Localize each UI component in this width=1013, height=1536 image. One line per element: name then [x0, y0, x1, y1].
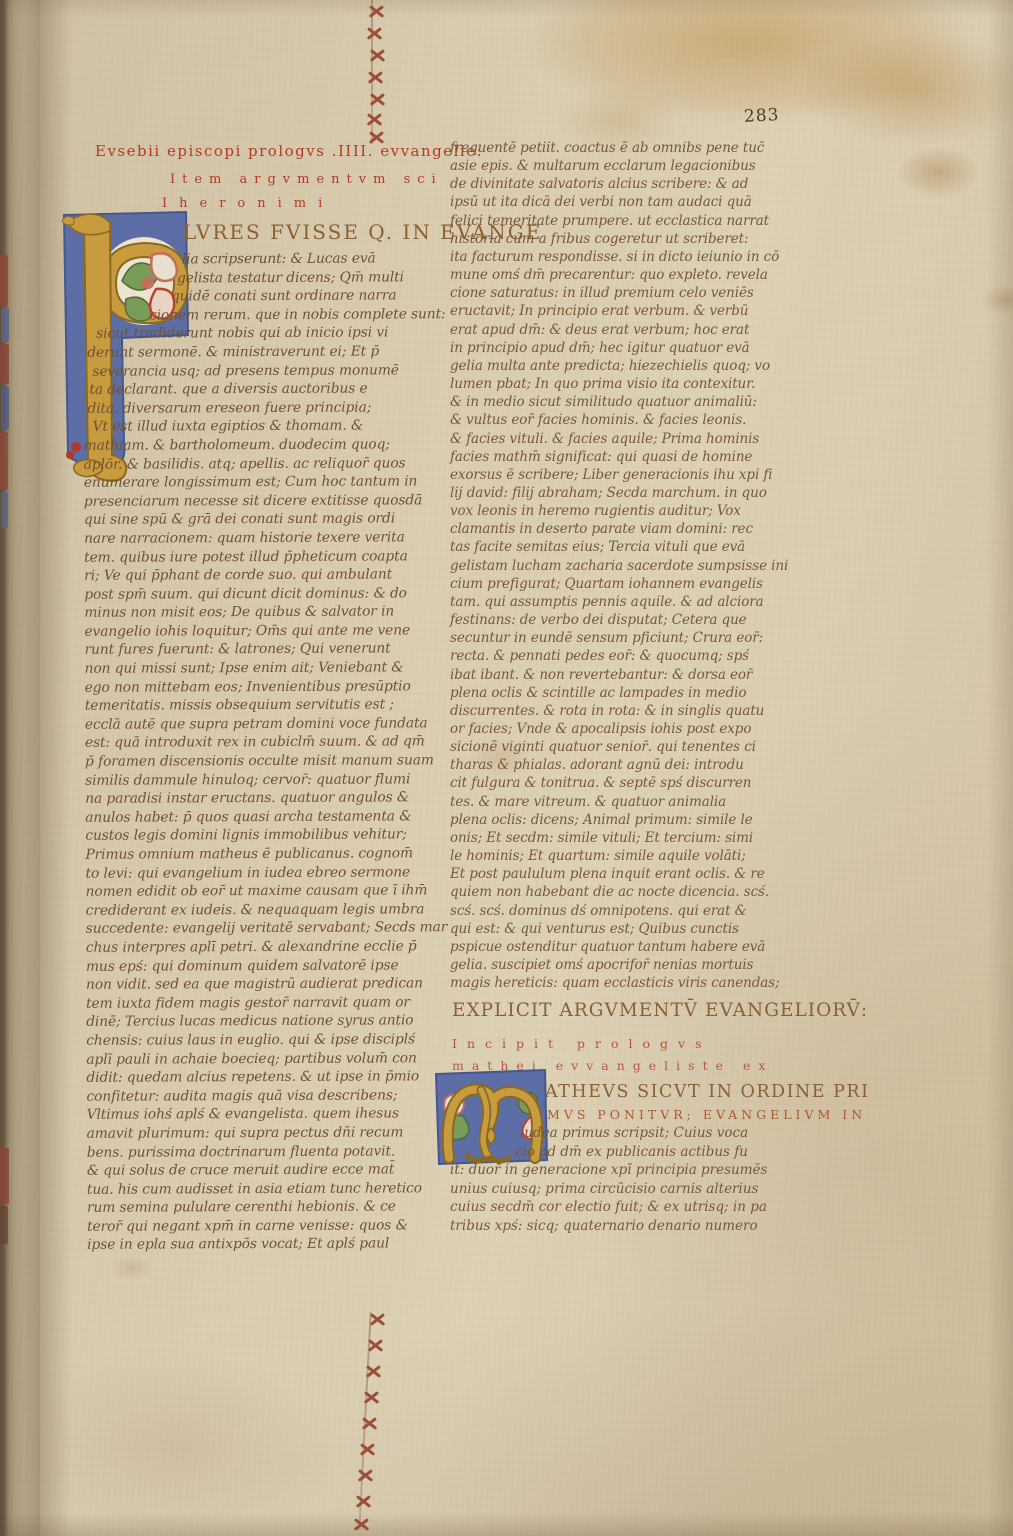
page-edge-fleck-red: [0, 1148, 9, 1204]
text-line: gelista testatur dicens; Qm̄ multi: [177, 268, 446, 288]
text-line: amavit plurimum: qui supra pectus dn̄i r…: [87, 1123, 450, 1143]
stitch-x: [368, 1312, 387, 1328]
text-line: non qui missi sunt; Ipse enim ait; Venie…: [85, 658, 448, 678]
stitch-x: [368, 48, 387, 64]
text-line: enumerare longissimum est; Cum hoc tantu…: [84, 472, 447, 492]
text-line: ipsū ut ita dicā dei verbi non tam audac…: [450, 193, 788, 211]
text-line: nare narracionem: quam historie texere v…: [84, 528, 447, 548]
text-line: qui est: & qui venturus est; Quibus cunc…: [450, 920, 788, 938]
text-line: lumen pbat; In quo prima visio ita conte…: [450, 375, 788, 393]
parchment-stitching-bottom: [350, 1312, 372, 1530]
page-edge-fleck-red: [0, 344, 9, 384]
text-line: didit: quedam alcius repetens. & ut ipse…: [86, 1067, 449, 1087]
text-line: ego non mittebam eos; Invenientibus pres…: [85, 677, 448, 697]
text-line: non vidit. sed ea que magistrū audierat …: [86, 974, 449, 994]
text-line: & vultus eor̄ facies hominis. & facies l…: [450, 411, 788, 429]
text-line: custos legis domini lignis immobilibus v…: [85, 826, 448, 846]
stitch-x: [366, 1338, 385, 1354]
text-line: sicut tradiderunt nobis qui ab inicio ip…: [96, 324, 446, 344]
text-line: Vt est illud iuxta egiptios & thomam. &: [93, 417, 447, 437]
text-line: iudea primus scripsit; Cuius voca: [520, 1124, 767, 1143]
text-line: quiem non habebant die ac nocte dicencia…: [450, 883, 788, 901]
text-line: chus interpres aplī petri. & alexandrine…: [86, 937, 449, 957]
text-line: in principio apud dm̄; hec igitur quatuo…: [450, 339, 788, 357]
text-line: dinē; Tercius lucas medicus natione syru…: [86, 1012, 449, 1032]
text-line: mus epś: qui dominum quidem salvatorē ip…: [86, 956, 449, 976]
text-line: discurrentes. & rota in rota: & in singl…: [450, 702, 788, 720]
text-line: cio ad dm̄ ex publicanis actibus fu: [515, 1143, 767, 1162]
manuscript-page: 283 Evsebii episcopi prologvs .IIII. evv…: [0, 0, 1013, 1536]
text-line: presenciarum necesse sit dicere extitiss…: [84, 491, 447, 511]
text-line: na paradisi instar eructans. quatuor ang…: [85, 788, 448, 808]
text-line: lia scripserunt: & Lucas evā: [182, 249, 446, 269]
folio-number: 283: [744, 105, 780, 127]
stitch-x: [368, 92, 387, 108]
stitch-x: [367, 4, 386, 20]
text-line: cione saturatus: in illud premium celo v…: [450, 284, 788, 302]
text-line: frequentē petiit. coactus ē ab omnibs pe…: [450, 139, 788, 157]
text-line: Vltimus iohś aplś & evangelista. quem ih…: [87, 1105, 450, 1125]
text-line: exorsus ē scribere; Liber generacionis i…: [450, 466, 788, 484]
text-line: teror̄ qui negant xpm̄ in carne venisse:…: [87, 1216, 450, 1236]
text-line: bens. purissima doctrinarum fluenta pota…: [87, 1142, 450, 1162]
text-line: qui sine spū & grā dei conati sunt magis…: [84, 510, 447, 530]
text-line: gelia multa ante predicta; hiezechielis …: [450, 357, 788, 375]
text-line: clamantis in deserto parate viam domini:…: [450, 520, 788, 538]
text-line: vox leonis in heremo rugientis auditur; …: [450, 502, 788, 520]
text-line: aplōr. & basilidis. atq; apellis. ac rel…: [84, 454, 447, 474]
text-line: temeritatis. missis obsequium servitutis…: [85, 695, 448, 715]
text-line: felici temeritate prumpere. ut ecclastic…: [450, 212, 788, 230]
text-line: pspicue ostenditur quatuor tantum habere…: [450, 938, 788, 956]
stitch-x: [360, 1416, 379, 1432]
text-line: anulos habet: p̄ quos quasi archa testam…: [85, 807, 448, 827]
rubric-line-1: Evsebii episcopi prologvs .IIII. evvange…: [95, 142, 483, 160]
text-line: ta declarant. que a diversis auctoribus …: [89, 379, 446, 399]
text-line: tas facite semitas eius; Tercia vituli q…: [450, 538, 788, 556]
text-line: & qui solus de cruce meruit audire ecce …: [87, 1160, 450, 1180]
text-line: & in medio sicut similitudo quatuor anim…: [450, 393, 788, 411]
text-line: onis; Et secdm: simile vituli; Et terciu…: [450, 829, 788, 847]
stitch-x: [365, 26, 384, 42]
text-line: quidē conati sunt ordinare narra: [171, 286, 446, 306]
text-line: est: quā introduxit rex in cubiclm̄ suum…: [85, 733, 448, 753]
text-line: asie epis. & multarum ecclarum legacioni…: [450, 157, 788, 175]
text-line: ibat ibant. & non revertebantur: & dorsa…: [450, 666, 788, 684]
stitch-x: [364, 1364, 383, 1380]
text-line: scś. scś. dominus dś omnipotens. qui era…: [450, 902, 788, 920]
text-line: de divinitate salvatoris alcius scribere…: [450, 175, 788, 193]
text-line: magis hereticis: quam ecclasticis viris …: [450, 974, 788, 992]
text-line: cuius secdm̄ cor electio fuit; & ex utri…: [450, 1198, 767, 1217]
text-line: tam. qui assumptis pennis aquile. & ad a…: [450, 593, 788, 611]
text-line: aplī pauli in achaie boecieq; partibus v…: [86, 1049, 449, 1069]
text-line: mune omś dm̄ precarentur: quo expleto. r…: [450, 266, 788, 284]
stitch-x: [358, 1442, 377, 1458]
text-line: mathiam. & bartholomeum. duodecim quoq;: [84, 435, 447, 455]
stitch-x: [356, 1468, 375, 1484]
text-line: sicionē viginti quatuor senior̄. qui ten…: [450, 738, 788, 756]
text-line: historia cum a fribus cogeretur ut scrib…: [450, 230, 788, 248]
left-text-column: lia scripserunt: & Lucas evāgelista test…: [83, 249, 450, 1255]
text-line: ri; Ve qui p̄phant de corde suo. qui amb…: [84, 565, 447, 585]
text-line: p̄ foramen discensionis occulte misit ma…: [85, 751, 448, 771]
text-line: Et post paululum plena inquit erant ocli…: [450, 865, 788, 883]
text-line: it: duor̄ in generacione xpī principia p…: [450, 1161, 767, 1180]
text-line: severancia usq; ad presens tempus monumē: [92, 361, 446, 381]
matthew-incipit-display: ATHEVS SICVT IN ORDINE PRI: [545, 1082, 870, 1102]
text-line: nomen edidit ob eor̄ ut maxime causam qu…: [86, 881, 449, 901]
text-line: dita. diversarum ereseon fuere principia…: [87, 398, 446, 418]
text-line: plena oclis & scintille ac lampades in m…: [450, 684, 788, 702]
text-line: eructavit; In principio erat verbum. & v…: [450, 302, 788, 320]
stitch-thread: [358, 1312, 371, 1530]
text-line: cit fulgura & tonitrua. & septē spś disc…: [450, 774, 788, 792]
text-line: tharas & phialas. adorant agnū dei: intr…: [450, 756, 788, 774]
text-line: crediderant ex iudeis. & nequaquam legis…: [86, 900, 449, 920]
text-line: evangelio iohis loquitur; Om̄s qui ante …: [84, 621, 447, 641]
text-line: Primus omnium matheus ē publicanus. cogn…: [85, 844, 448, 864]
stitch-x: [354, 1494, 373, 1510]
stitch-thread: [371, 0, 373, 144]
text-line: ecclā autē que supra petram domini voce …: [85, 714, 448, 734]
text-line: succedente: evangelij veritatē servabant…: [86, 919, 449, 939]
text-line: cionem rerum. que in nobis complete sunt…: [149, 305, 446, 325]
text-line: tes. & mare vitreum. & quatuor animalia: [450, 793, 788, 811]
text-line: similis dammule hinuloq; cervor̄: quatuo…: [85, 770, 448, 790]
text-line: confitetur: audita magis quā visa descri…: [86, 1086, 449, 1106]
text-line: tribus xpś: sicq; quaternario denario nu…: [450, 1217, 767, 1236]
text-line: recta. & pennati pedes eor̄: & quocumq; …: [450, 647, 788, 665]
text-line: lij david: filij abraham; Secda marchum.…: [450, 484, 788, 502]
book-fore-edge: [0, 0, 40, 1536]
text-line: derunt sermonē. & ministraverunt ei; Et …: [87, 342, 446, 362]
matthew-caps-line: MVS PONITVR; EVANGELIVM IN: [547, 1107, 866, 1122]
text-line: or facies; Vnde & apocalipsis iohis post…: [450, 720, 788, 738]
stitch-x: [352, 1517, 371, 1533]
text-line: ipse in epla sua antixpōs vocat; Et aplś…: [87, 1235, 450, 1255]
text-line: plena oclis: dicens; Animal primum: simi…: [450, 811, 788, 829]
text-line: ita facturum respondisse. si in dicto ie…: [450, 248, 788, 266]
text-line: secuntur in eundē sensum pficiunt; Crura…: [450, 629, 788, 647]
page-edge-fleck-blue: [1, 308, 9, 342]
stitch-x: [362, 1390, 381, 1406]
page-edge-fleck-dark: [0, 1206, 8, 1244]
text-line: tem. quibus iure potest illud p̄pheticum…: [84, 547, 447, 567]
page-edge-fleck-blue: [1, 492, 8, 528]
text-line: facies mathm̄ significat: qui quasi de h…: [450, 448, 788, 466]
incipit-line-1: Incipit prologvs: [452, 1036, 712, 1051]
text-line: minus non misit eos; De quibus & salvato…: [84, 602, 447, 622]
page-edge-fleck-blue: [1, 386, 9, 430]
text-line: chensis: cuius laus in euglio. qui & ips…: [86, 1030, 449, 1050]
page-edge-fleck-red: [0, 255, 8, 307]
right-text-column: frequentē petiit. coactus ē ab omnibs pe…: [450, 139, 788, 992]
text-line: erat apud dm̄: & deus erat verbum; hoc e…: [450, 321, 788, 339]
text-line: le hominis; Et quartum: simile aquile vo…: [450, 847, 788, 865]
text-line: tua. his cum audisset in asia etiam tunc…: [87, 1179, 450, 1199]
text-line: to levi: qui evangelium in iudea ebreo s…: [85, 863, 448, 883]
matthew-text-column: iudea primus scripsit; Cuius vocacio ad …: [450, 1124, 767, 1236]
stitch-x: [366, 70, 385, 86]
text-line: gelistam lucham zacharia sacerdote sumps…: [450, 557, 788, 575]
rubric-line-2: Item argvmentvm sci: [170, 172, 443, 187]
text-line: post spm̄ suum. qui dicunt dicit dominus…: [84, 584, 447, 604]
page-edge-fleck-red: [0, 432, 8, 490]
text-line: gelia. suscipiet omś apocrifor̄ nenias m…: [450, 956, 788, 974]
text-line: rum semina pululare cerenthi hebionis. &…: [87, 1197, 450, 1217]
explicit-heading: EXPLICIT ARGVMENTV̄ EVANGELIORV̄:: [452, 1000, 868, 1021]
text-line: & facies vituli. & facies aquile; Prima …: [450, 430, 788, 448]
text-line: runt fures fuerunt: & latrones; Qui vene…: [85, 640, 448, 660]
parchment-stitching-top: [362, 0, 384, 144]
text-line: cium prefigurat; Quartam iohannem evange…: [450, 575, 788, 593]
text-line: unius cuiusq; prima circūcisio carnis al…: [450, 1180, 767, 1199]
text-line: tem iuxta fidem magis gestor̄ narravit q…: [86, 993, 449, 1013]
stitch-x: [365, 112, 384, 128]
text-line: festinans: de verbo dei disputat; Cetera…: [450, 611, 788, 629]
